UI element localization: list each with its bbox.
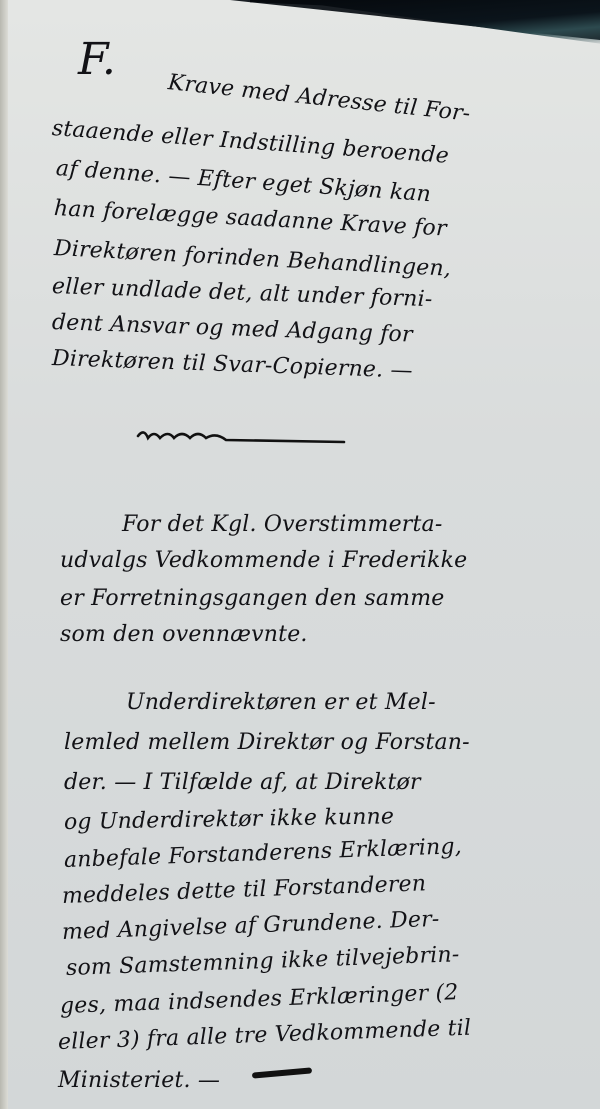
text-line: er Forretningsgangen den samme bbox=[60, 586, 445, 611]
text-line: For det Kgl. Overstimmerta- bbox=[122, 512, 443, 537]
text-line: Ministeriet. — bbox=[58, 1068, 220, 1093]
text-line: som den ovennævnte. bbox=[60, 622, 308, 647]
wavy-divider bbox=[134, 426, 374, 450]
text-line: lemled mellem Direktør og Forstan- bbox=[64, 730, 470, 755]
text-line: Underdirektøren er et Mel- bbox=[126, 690, 436, 715]
section-marker: F. bbox=[78, 34, 116, 85]
page-binding-edge bbox=[0, 0, 8, 1109]
text-line: der. — I Tilfælde af, at Direktør bbox=[64, 770, 421, 795]
text-line: udvalgs Vedkommende i Frederikke bbox=[60, 548, 467, 573]
